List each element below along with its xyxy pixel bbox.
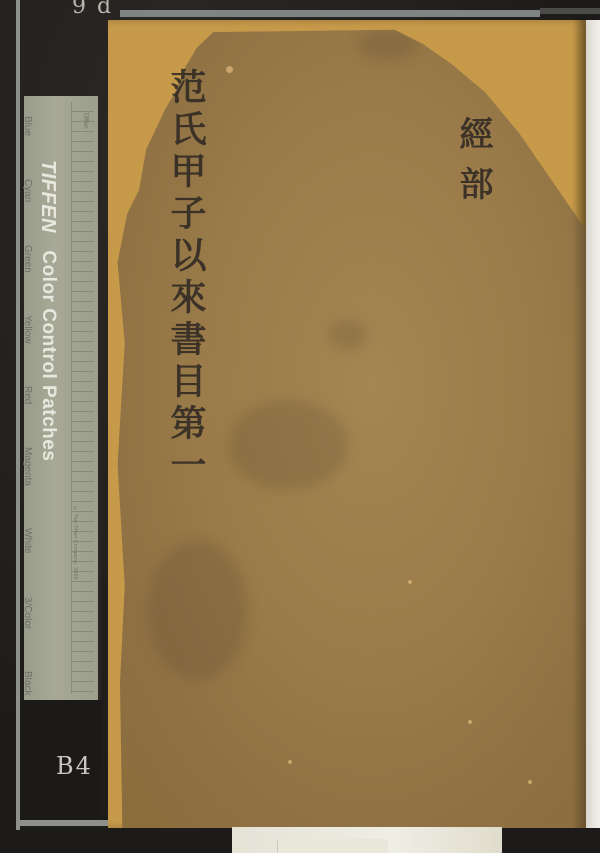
top-mark-label: 9 d (72, 0, 113, 19)
strip-fine-print: © The Tiffen Company, 2000 (72, 506, 78, 580)
volume-tab-label: B4 (56, 752, 93, 780)
patch-label: Magenta (22, 447, 33, 486)
strip-ruler-scale (71, 102, 94, 694)
speck (468, 720, 472, 724)
patch-labels: Blue Cyan Green Yellow Red Magenta White… (22, 116, 33, 696)
patch-label: White (22, 528, 33, 554)
strip-brand-title: TIFFEN Color Control Patches (36, 160, 59, 461)
stain (228, 400, 348, 490)
right-page-edge (586, 20, 600, 828)
color-control-strip: Tiffen TIFFEN Color Control Patches Blue… (24, 96, 101, 700)
speck (288, 760, 292, 764)
title-inscription: 范氏甲子以來書目第一 (168, 68, 204, 488)
stain (148, 540, 248, 680)
patch-label: Red (22, 386, 33, 404)
strip-title-gap (38, 239, 59, 245)
speck (528, 780, 532, 784)
speck (408, 580, 412, 584)
speck (226, 66, 233, 73)
tiffen-logo: TIFFEN (37, 160, 59, 233)
book-edge-shadow (572, 20, 586, 828)
patch-label: Yellow (22, 315, 33, 344)
patch-label: Green (22, 245, 33, 273)
patch-label: 3/Color (22, 597, 33, 629)
patch-label: Blue (22, 116, 33, 136)
section-inscription: 經部 (456, 116, 490, 216)
bottom-paper-tab-inner (277, 839, 388, 853)
frame-line-top-right (540, 8, 600, 14)
frame-line-bottom (16, 820, 116, 826)
patch-label: Cyan (22, 179, 33, 202)
frame-line-top (120, 10, 540, 17)
stain (328, 320, 368, 350)
book-cover: 范氏甲子以來書目第一 經部 (108, 20, 586, 828)
strip-title: Color Control Patches (38, 250, 59, 461)
stain (358, 30, 418, 60)
patch-label: Black (22, 671, 33, 695)
bottom-paper-tab (232, 827, 502, 853)
